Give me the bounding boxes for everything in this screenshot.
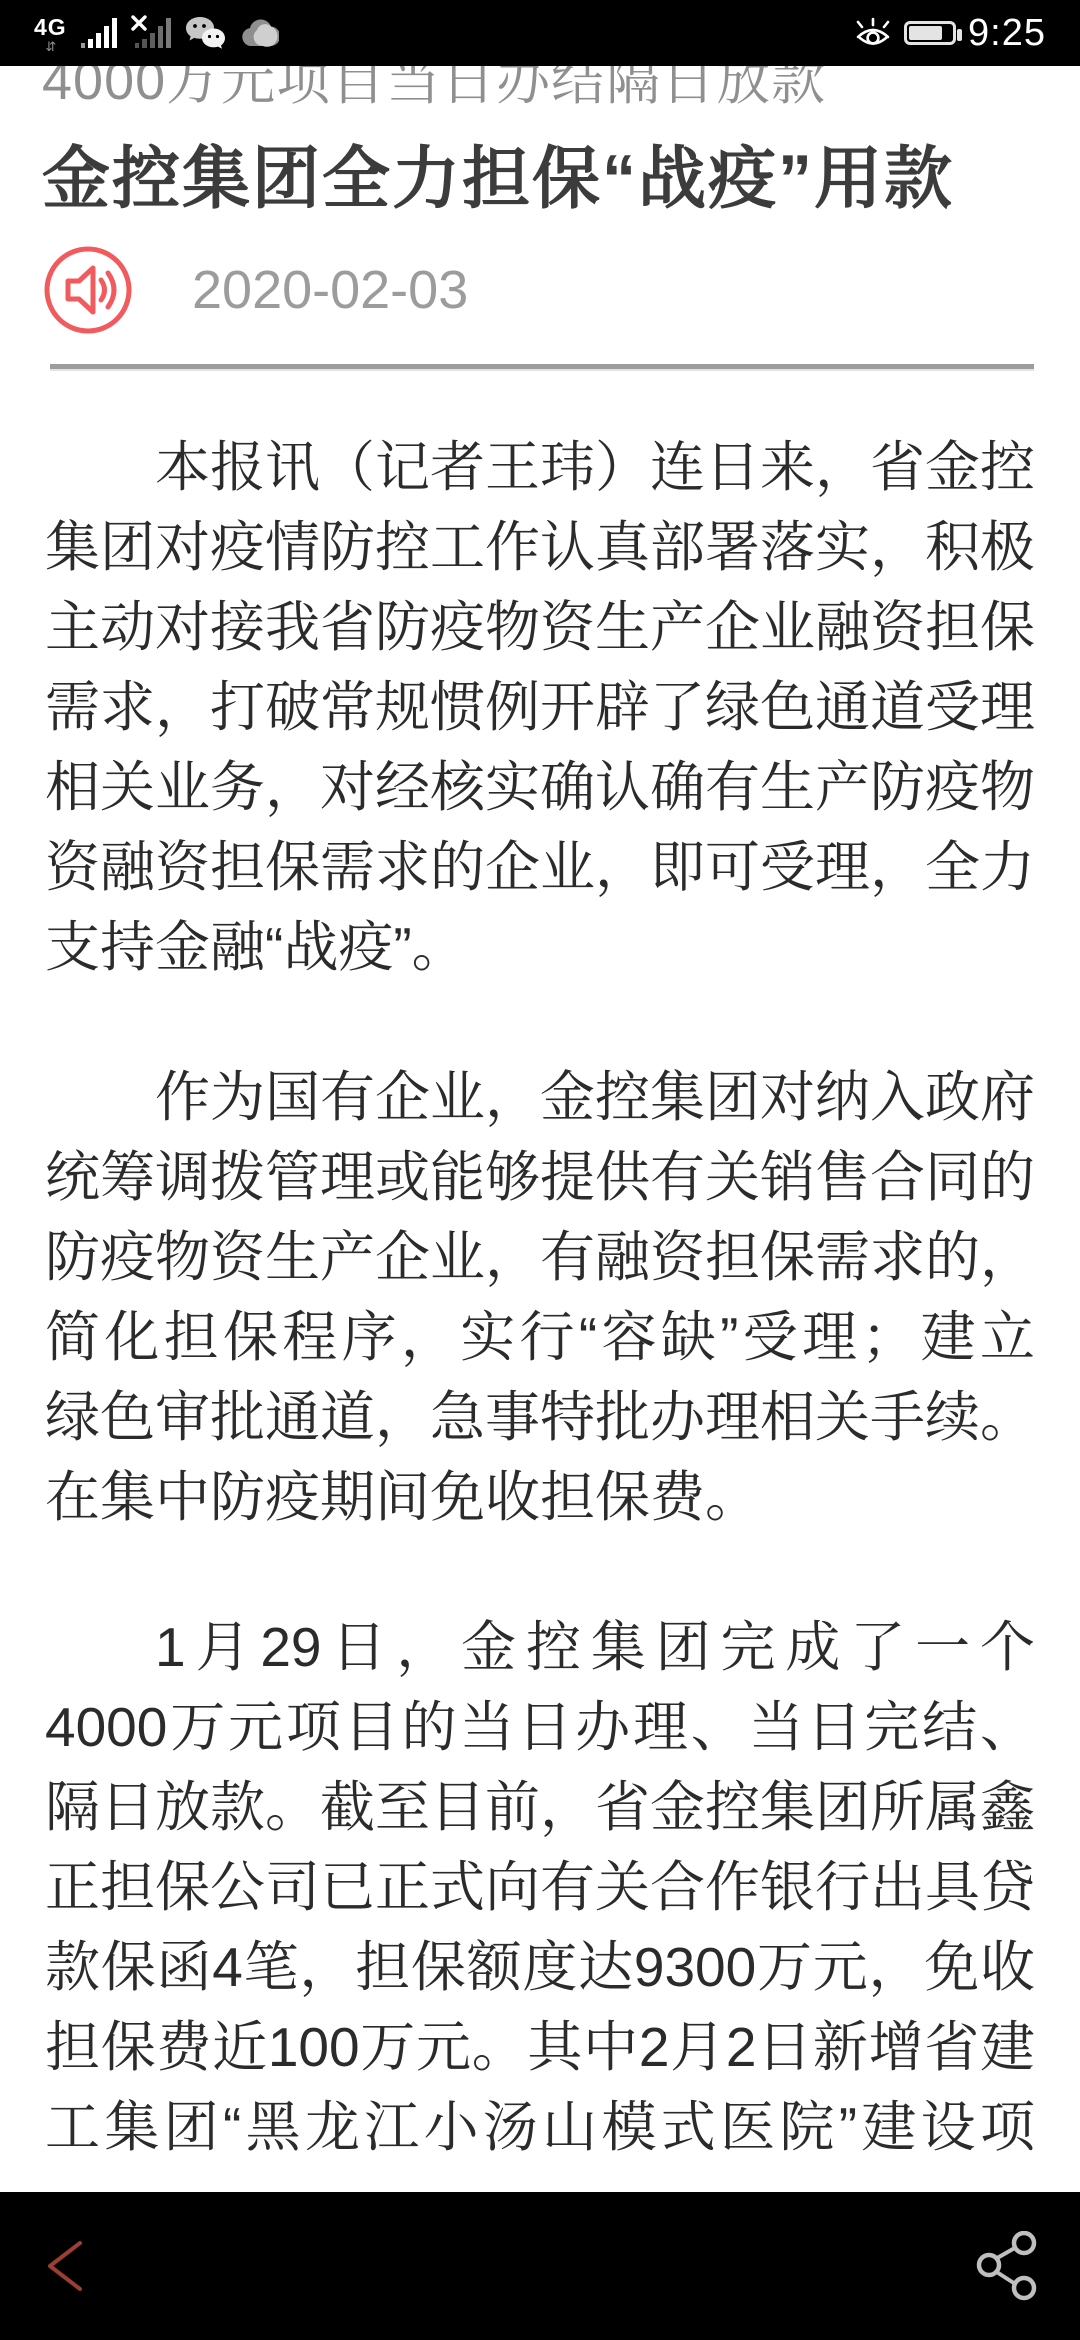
battery-fill bbox=[909, 26, 942, 40]
paragraph-2: 作为国有企业，金控集团对纳入政府 统筹调拨管理或能够提供有关销售合同的 防疫物资… bbox=[45, 1057, 1035, 1537]
paragraph-1: 本报讯（记者王玮）连日来，省金控 集团对疫情防控工作认真部署落实，积极 主动对接… bbox=[45, 427, 1035, 987]
body-text-line: 相关业务，对经核实确认确有生产防疫物 bbox=[45, 747, 1035, 827]
wechat-notification-icon bbox=[185, 16, 225, 50]
body-text-line: 防疫物资生产企业，有融资担保需求的， bbox=[45, 1217, 1035, 1297]
speaker-icon bbox=[42, 244, 134, 336]
body-text-line: 作为国有企业，金控集团对纳入政府 bbox=[45, 1057, 1035, 1137]
body-text-line: 主动对接我省防疫物资生产企业融资担保 bbox=[45, 587, 1035, 667]
battery-icon bbox=[904, 21, 956, 45]
signal-strength-sim2-x-icon bbox=[131, 15, 171, 51]
back-chevron-icon bbox=[42, 2239, 86, 2293]
status-bar-right: 9:25 bbox=[854, 12, 1046, 55]
paragraph-3: 1月29日，金控集团完成了一个 4000万元项目的当日办理、当日完结、 隔日放款… bbox=[45, 1607, 1035, 2167]
body-text-line: 在集中防疫期间免收担保费。 bbox=[45, 1457, 1035, 1537]
body-text-line: 需求，打破常规惯例开辟了绿色通道受理 bbox=[45, 667, 1035, 747]
body-text-line: 简化担保程序，实行“容缺”受理；建立 bbox=[45, 1297, 1035, 1377]
body-text-line: 统筹调拨管理或能够提供有关销售合同的 bbox=[45, 1137, 1035, 1217]
clock-time: 9:25 bbox=[968, 12, 1046, 55]
body-text-line: 担保费近100万元。其中2月2日新增省建 bbox=[45, 2007, 1035, 2087]
article-meta-row: 2020-02-03 bbox=[42, 242, 1038, 338]
phone-screen: 4G ⇵ bbox=[0, 0, 1080, 2340]
body-text-line: 隔日放款。截至目前，省金控集团所属鑫 bbox=[45, 1767, 1035, 1847]
body-text-line: 资融资担保需求的企业，即可受理，全力 bbox=[45, 827, 1035, 907]
battery-tip bbox=[957, 29, 962, 41]
share-icon bbox=[976, 2231, 1038, 2301]
network-type-label: 4G bbox=[34, 16, 67, 39]
header-divider bbox=[50, 364, 1034, 371]
body-text-line: 1月29日，金控集团完成了一个 bbox=[45, 1607, 1035, 1687]
signal-strength-sim1-icon bbox=[81, 15, 117, 51]
status-bar: 4G ⇵ bbox=[0, 0, 1080, 66]
body-text-line: 集团对疫情防控工作认真部署落实，积极 bbox=[45, 507, 1035, 587]
weather-cloud-icon bbox=[239, 18, 279, 48]
body-text-line: 绿色审批通道，急事特批办理相关手续。 bbox=[45, 1377, 1035, 1457]
data-arrows-icon: ⇵ bbox=[45, 40, 55, 53]
body-text-line: 本报讯（记者王玮）连日来，省金控 bbox=[45, 427, 1035, 507]
body-text-line: 工集团“黑龙江小汤山模式医院”建设项 bbox=[45, 2087, 1035, 2167]
eye-comfort-icon bbox=[854, 17, 892, 49]
body-text-line: 4000万元项目的当日办理、当日完结、 bbox=[45, 1687, 1035, 1767]
back-button[interactable] bbox=[42, 2239, 86, 2293]
read-aloud-button[interactable] bbox=[42, 244, 134, 336]
share-button[interactable] bbox=[976, 2231, 1038, 2301]
network-type-indicator: 4G ⇵ bbox=[34, 16, 67, 53]
body-text-line: 支持金融“战疫”。 bbox=[45, 907, 1035, 987]
body-text-line: 正担保公司已正式向有关合作银行出具贷 bbox=[45, 1847, 1035, 1927]
status-bar-left: 4G ⇵ bbox=[34, 14, 279, 53]
body-text-line: 款保函4笔，担保额度达9300万元，免收 bbox=[45, 1927, 1035, 2007]
publish-date: 2020-02-03 bbox=[192, 259, 468, 321]
bottom-nav-bar bbox=[0, 2192, 1080, 2340]
article-title: 金控集团全力担保“战疫”用款 bbox=[42, 138, 1038, 220]
article-body: 本报讯（记者王玮）连日来，省金控 集团对疫情防控工作认真部署落实，积极 主动对接… bbox=[0, 371, 1080, 2167]
